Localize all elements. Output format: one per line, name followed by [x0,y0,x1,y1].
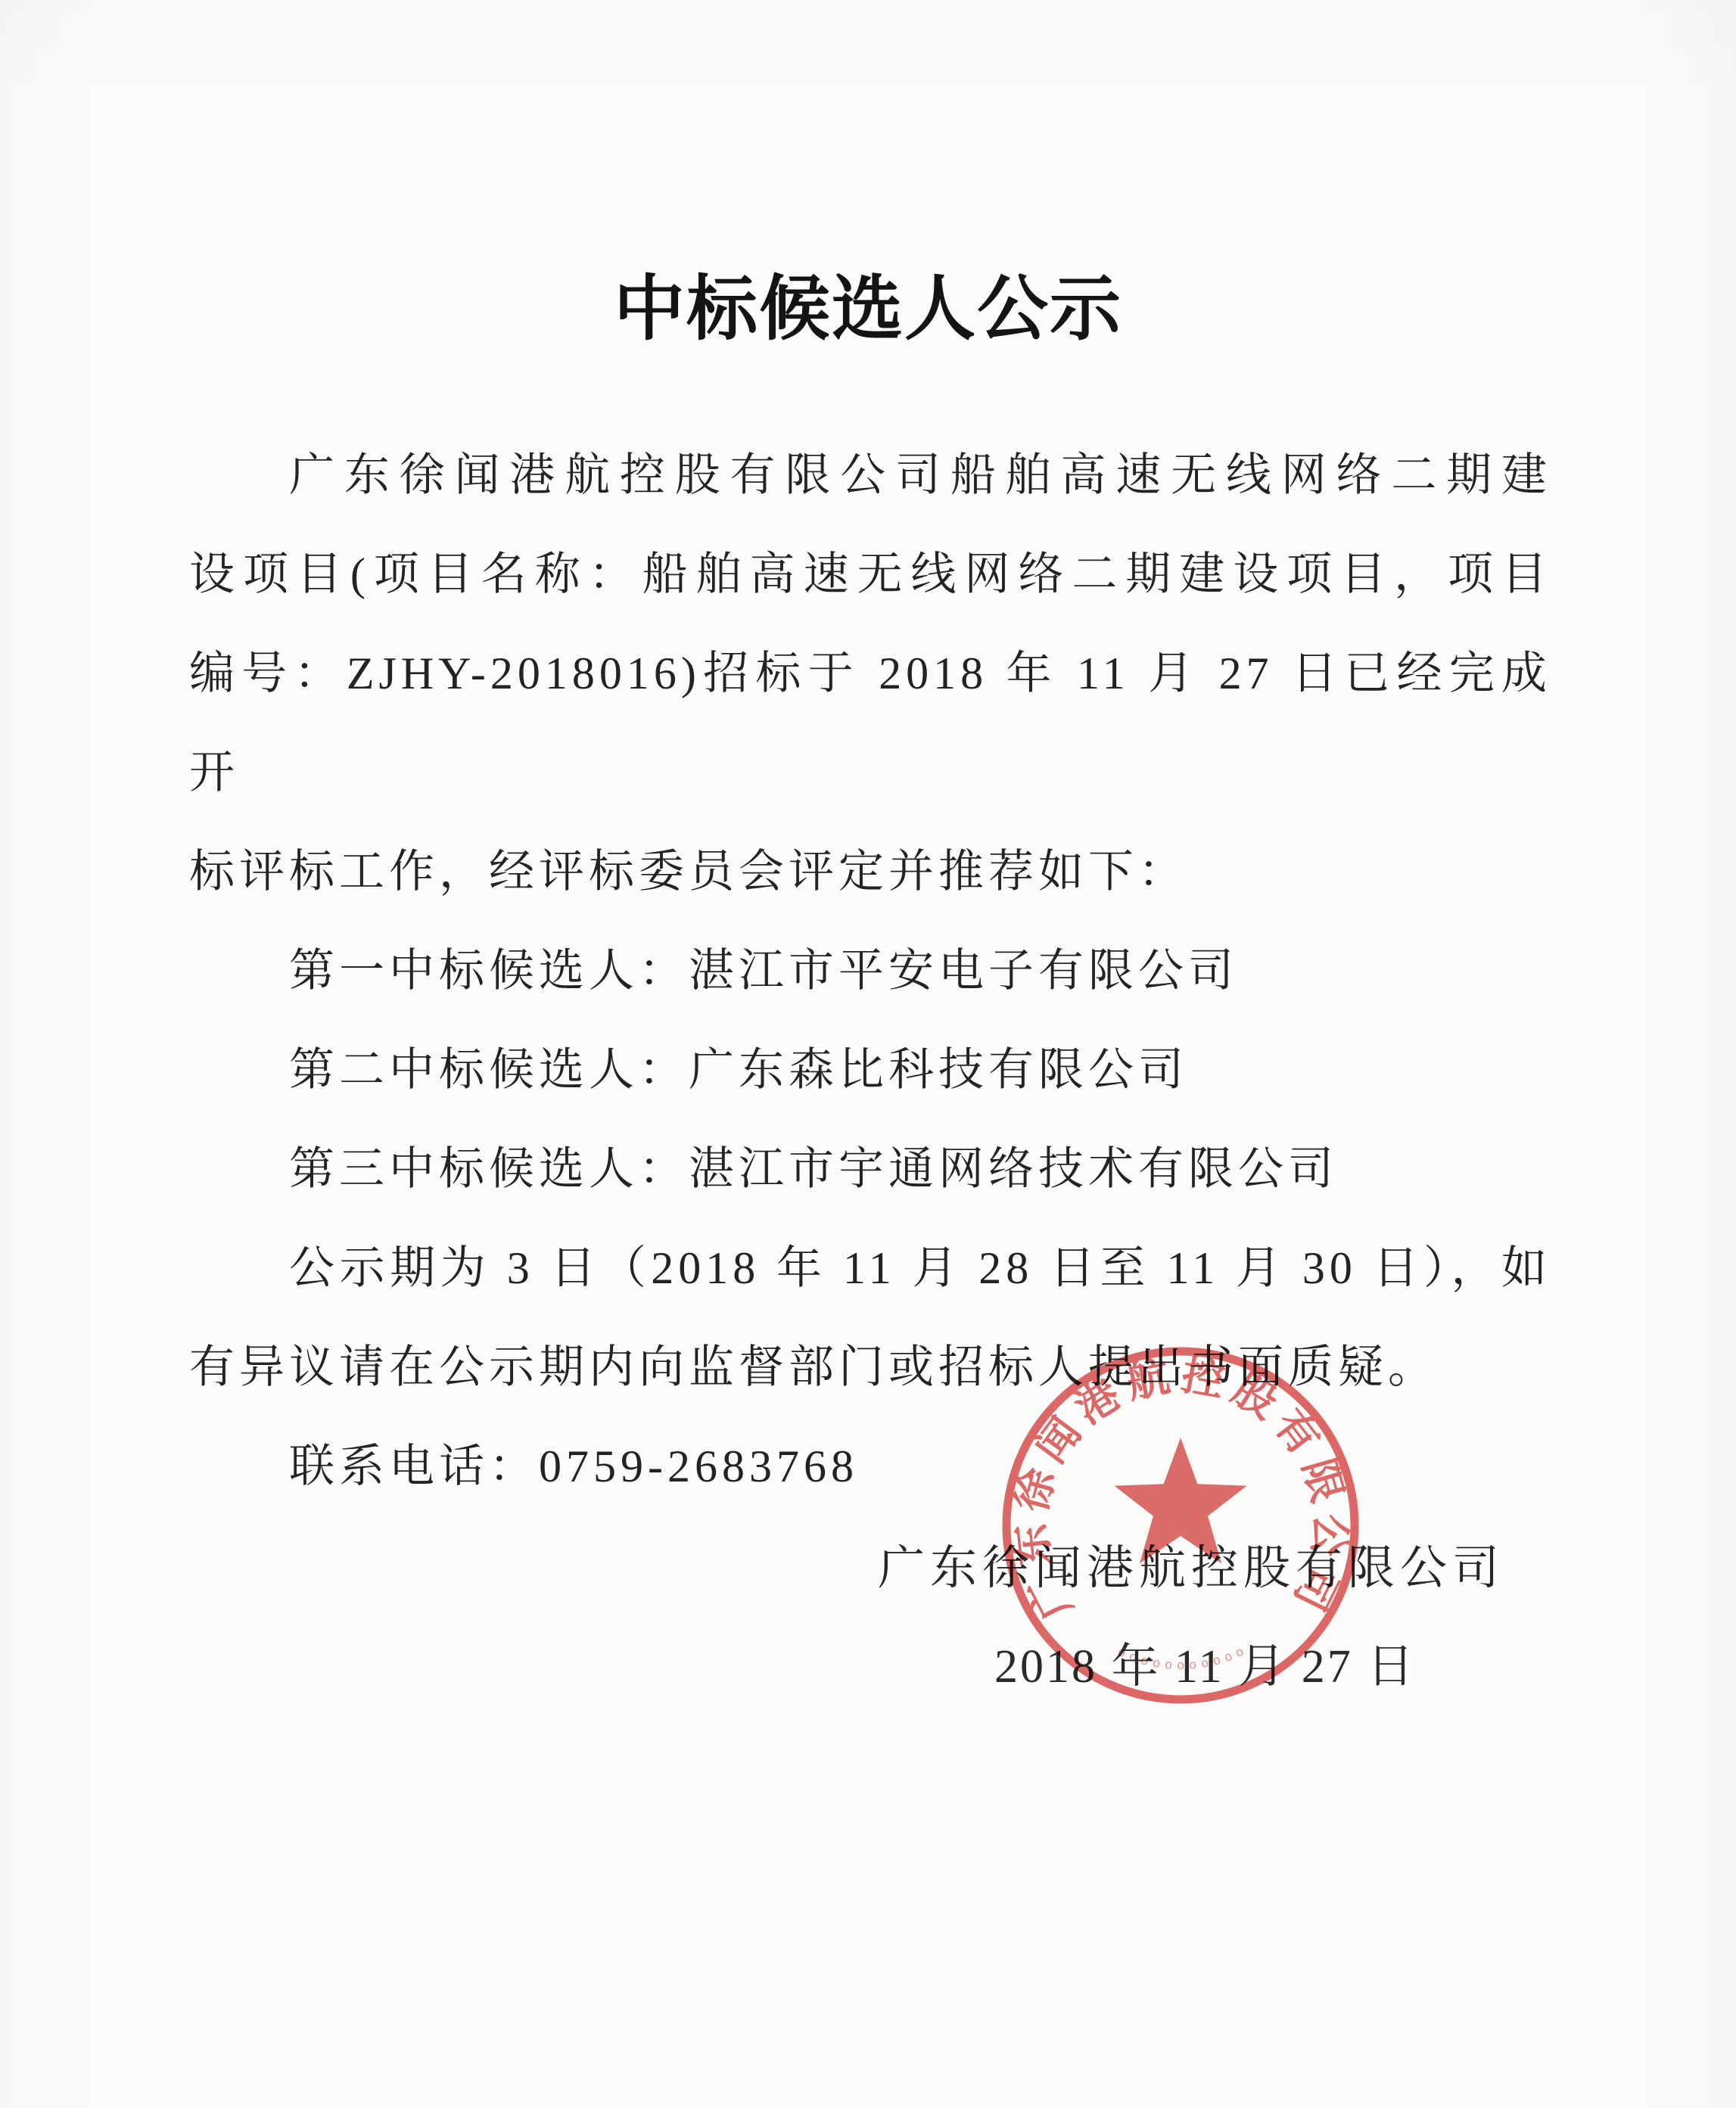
body-line: 标评标工作，经评标委员会评定并推荐如下： [189,822,1551,922]
body-line: 第三中标候选人：湛江市宇通网络技术有限公司 [189,1120,1551,1219]
body-line: 广东徐闻港航控股有限公司船舶高速无线网络二期建 [189,426,1551,525]
body-line: 第二中标候选人：广东森比科技有限公司 [189,1021,1551,1120]
company-seal-stamp: 广东徐闻港航控股有限公司 oooooooooooo [981,1326,1380,1725]
body-line: 设项目(项目名称：船舶高速无线网络二期建设项目，项目 [189,525,1551,624]
page-title: 中标候选人公示 [0,251,1736,353]
body-line: 公示期为 3 日（2018 年 11 月 28 日至 11 月 30 日），如 [189,1219,1551,1318]
body-line: 编号：ZJHY-2018016)招标于 2018 年 11 月 27 日已经完成… [189,624,1551,822]
document-page: 中标候选人公示 广东徐闻港航控股有限公司船舶高速无线网络二期建设项目(项目名称：… [0,0,1736,2108]
seal-star-icon [1115,1438,1247,1563]
body-line: 第一中标候选人：湛江市平安电子有限公司 [189,922,1551,1021]
